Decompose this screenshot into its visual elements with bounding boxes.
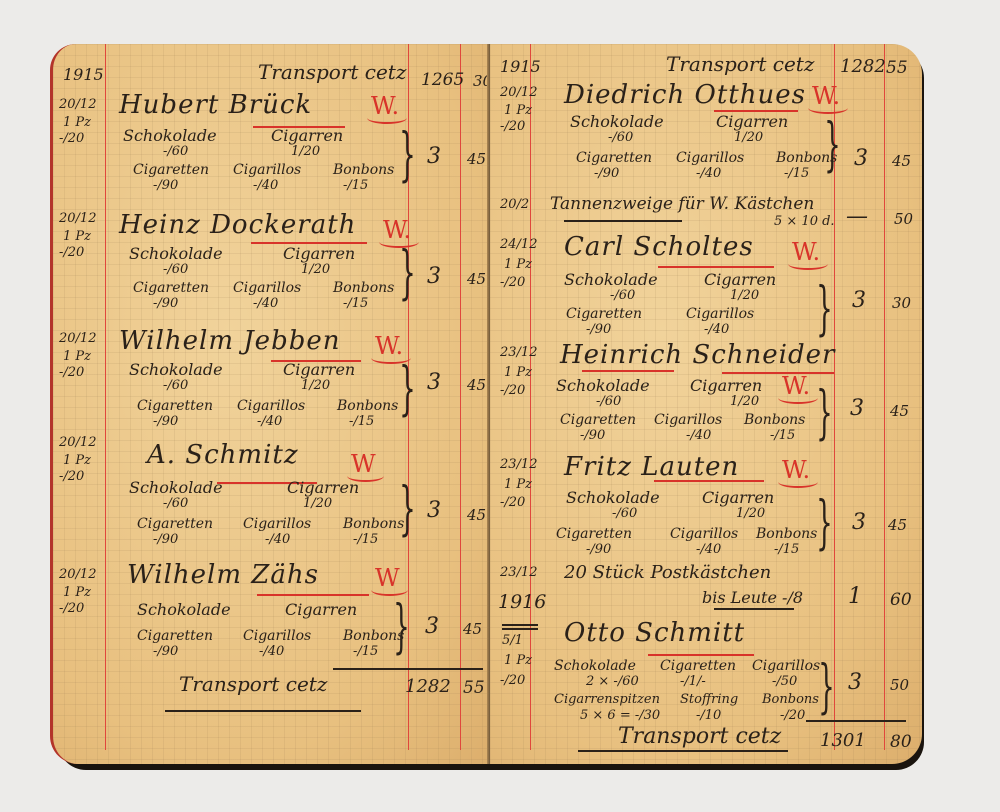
name-underline: [648, 654, 754, 656]
w-mark: W.: [371, 92, 399, 120]
item-price: -/40: [253, 296, 278, 311]
entry-amount: 3: [852, 288, 866, 313]
item-price: -/90: [153, 414, 178, 429]
entry-cents: 45: [467, 270, 486, 288]
carried-forward-label: Transport cetz: [258, 60, 406, 84]
transport-underline: [165, 710, 361, 712]
item-price: -/15: [343, 178, 368, 193]
customer-name: Carl Scholtes: [564, 232, 754, 262]
item-label: Cigarillos: [233, 162, 301, 178]
item-label: Cigaretten: [660, 658, 736, 674]
entry-qty: 1 Pz: [504, 102, 532, 119]
entry-qty: 1 Pz: [63, 114, 91, 131]
text-underline: [714, 608, 794, 610]
item-label: Stoffring: [680, 692, 738, 707]
ledger-page-right: 1915 Transport cetz 1282 55 20/12 1 Pz -…: [490, 44, 922, 764]
carried-forward-label: Transport cetz: [666, 52, 814, 76]
entry-amount: 3: [425, 614, 439, 639]
customer-name: Otto Schmitt: [564, 618, 745, 648]
w-mark: W.: [782, 456, 810, 484]
carried-forward-cents: 55: [886, 58, 908, 78]
item-label: Cigarillos: [752, 658, 820, 674]
year: 1915: [500, 58, 541, 75]
item-label: Bonbons: [343, 516, 404, 532]
item-label: Schokolade: [129, 244, 223, 263]
item-label: Cigaretten: [137, 398, 213, 414]
name-underline: [257, 594, 369, 596]
entry-date: 20/12: [59, 96, 96, 113]
item-price: -/90: [153, 296, 178, 311]
item-label: Bonbons: [762, 692, 819, 707]
item-label: Cigarillos: [654, 412, 722, 428]
transport-amount: 1301: [820, 730, 866, 751]
entry-qty: 1 Pz: [63, 584, 91, 601]
customer-name: Wilhelm Zähs: [127, 560, 319, 590]
item-price: -/60: [163, 378, 188, 393]
item-label: Cigarren: [690, 376, 762, 395]
entry-unit: -/20: [59, 468, 84, 485]
name-underline: [654, 480, 764, 482]
entry-cents: 45: [467, 150, 486, 168]
item-price: 2 × -/60: [586, 674, 639, 689]
customer-name: Wilhelm Jebben: [119, 326, 341, 356]
entry-amount: 3: [852, 510, 866, 535]
entry-text: 20 Stück Postkästchen: [564, 562, 771, 583]
customer-name: Hubert Brück: [119, 90, 312, 120]
item-price: -/40: [696, 166, 721, 181]
entry-date: 20/12: [500, 84, 537, 101]
item-price: 1/20: [301, 378, 330, 393]
item-price: -/1/-: [680, 674, 706, 689]
entry-cents: 45: [467, 506, 486, 524]
item-price: -/90: [153, 178, 178, 193]
brace-icon: }: [399, 354, 416, 422]
item-price: -/40: [686, 428, 711, 443]
item-price: -/90: [153, 644, 178, 659]
sum-line: [806, 720, 906, 722]
w-mark: W.: [792, 238, 820, 266]
entry-amount: —: [846, 204, 868, 229]
entry-date: 20/12: [59, 330, 96, 347]
name-underline: [722, 372, 834, 374]
transport-cents: 55: [463, 678, 485, 698]
item-label: Cigarren: [283, 244, 355, 263]
item-label: Cigarren: [287, 478, 359, 497]
customer-name: Diedrich Otthues: [564, 80, 806, 110]
item-label: Cigarillos: [243, 516, 311, 532]
entry-qty: 1 Pz: [63, 452, 91, 469]
text-underline: [564, 220, 682, 222]
item-price: -/40: [257, 414, 282, 429]
item-label: Cigarren: [283, 360, 355, 379]
year-underline: [502, 624, 538, 626]
cents-rule: [460, 44, 461, 750]
entry-amount: 3: [848, 670, 862, 695]
item-label: Cigaretten: [556, 526, 632, 542]
carried-forward-amount: 1265: [421, 70, 464, 90]
entry-cents: 50: [894, 210, 913, 228]
item-label: Cigaretten: [133, 162, 209, 178]
item-label: Cigarillos: [676, 150, 744, 166]
entry-note: 5 × 10 d.: [774, 214, 835, 229]
name-underline: [582, 370, 674, 372]
item-label: Schokolade: [137, 600, 231, 619]
item-label: Cigarren: [702, 488, 774, 507]
transport-label: Transport cetz: [618, 724, 781, 749]
entry-unit: -/20: [500, 494, 525, 511]
brace-icon: }: [399, 238, 416, 306]
item-price: -/90: [586, 322, 611, 337]
entry-qty: 1 Pz: [504, 256, 532, 273]
item-label: Cigarillos: [686, 306, 754, 322]
item-price: -/90: [594, 166, 619, 181]
item-price: -/15: [774, 542, 799, 557]
entry-cents: 45: [890, 402, 909, 420]
item-price: 5 × 6 = -/30: [580, 708, 660, 723]
year: 1915: [63, 66, 104, 83]
item-price: -/15: [784, 166, 809, 181]
item-price: -/60: [608, 130, 633, 145]
brace-icon: }: [399, 120, 416, 188]
item-price: -/90: [586, 542, 611, 557]
entry-date: 20/12: [59, 434, 96, 451]
entry-amount: 3: [854, 146, 868, 171]
item-price: -/60: [163, 496, 188, 511]
item-label: Schokolade: [556, 376, 650, 395]
entry-note: bis Leute -/8: [702, 588, 803, 607]
margin-rule: [530, 44, 531, 750]
item-label: Cigaretten: [560, 412, 636, 428]
entry-amount: 3: [850, 396, 864, 421]
entry-amount: 1: [848, 584, 862, 609]
entry-date: 23/12: [500, 456, 537, 473]
entry-qty: 1 Pz: [504, 476, 532, 493]
item-label: Schokolade: [129, 360, 223, 379]
item-label: Cigaretten: [137, 516, 213, 532]
item-price: 1/20: [736, 506, 765, 521]
transport-amount: 1282: [405, 676, 451, 697]
transport-cents: 80: [890, 732, 912, 752]
item-price: 1/20: [730, 394, 759, 409]
entry-unit: -/20: [500, 274, 525, 291]
item-price: 1/20: [303, 496, 332, 511]
item-price: -/15: [353, 532, 378, 547]
item-label: Cigarrenspitzen: [554, 692, 660, 707]
entry-unit: -/20: [500, 382, 525, 399]
sum-line: [333, 668, 483, 670]
w-mark: W.: [782, 372, 810, 400]
entry-date: 20/12: [59, 210, 96, 227]
item-label: Schokolade: [123, 126, 217, 145]
item-price: -/15: [770, 428, 795, 443]
item-label: Schokolade: [564, 270, 658, 289]
item-price: -/20: [780, 708, 805, 723]
entry-date: 20/2: [500, 196, 529, 213]
transport-underline: [578, 750, 788, 752]
entry-cents: 45: [888, 516, 907, 534]
entry-cents: 60: [890, 590, 912, 610]
item-price: -/60: [163, 262, 188, 277]
ledger-page-left: 1915 Transport cetz 1265 30 20/12 1 Pz -…: [50, 44, 493, 764]
item-label: Bonbons: [337, 398, 398, 414]
item-label: Schokolade: [570, 112, 664, 131]
item-label: Bonbons: [744, 412, 805, 428]
item-label: Bonbons: [333, 162, 394, 178]
item-label: Cigarillos: [237, 398, 305, 414]
entry-unit: -/20: [59, 244, 84, 261]
year: 1916: [498, 594, 546, 611]
entry-qty: 1 Pz: [504, 364, 532, 381]
entry-date: 23/12: [500, 564, 537, 581]
entry-unit: -/20: [59, 600, 84, 617]
entry-unit: -/20: [500, 672, 525, 689]
item-price: -/10: [696, 708, 721, 723]
customer-name: A. Schmitz: [147, 440, 299, 470]
item-label: Cigarren: [716, 112, 788, 131]
entry-text: Tannenzweige für W. Kästchen: [550, 194, 814, 214]
w-mark: W: [375, 564, 400, 592]
entry-cents: 30: [892, 294, 911, 312]
year-underline: [502, 628, 538, 630]
item-price: -/90: [153, 532, 178, 547]
item-label: Schokolade: [566, 488, 660, 507]
item-label: Cigarren: [271, 126, 343, 145]
brace-icon: }: [818, 652, 835, 720]
item-price: -/60: [610, 288, 635, 303]
entry-date: 24/12: [500, 236, 537, 253]
item-price: -/60: [612, 506, 637, 521]
item-price: -/15: [353, 644, 378, 659]
item-label: Cigaretten: [137, 628, 213, 644]
item-price: -/40: [696, 542, 721, 557]
item-price: 1/20: [291, 144, 320, 159]
item-label: Cigarren: [285, 600, 357, 619]
margin-rule: [105, 44, 106, 750]
item-price: -/90: [580, 428, 605, 443]
customer-name: Heinz Dockerath: [119, 210, 356, 240]
w-mark: W.: [812, 82, 840, 110]
entry-qty: 1 Pz: [63, 228, 91, 245]
item-label: Cigaretten: [576, 150, 652, 166]
entry-cents: 45: [892, 152, 911, 170]
entry-qty: 1 Pz: [504, 652, 532, 669]
w-mark: W: [351, 450, 376, 478]
item-label: Cigaretten: [566, 306, 642, 322]
customer-name: Fritz Lauten: [564, 452, 739, 482]
item-price: -/40: [704, 322, 729, 337]
item-price: 1/20: [730, 288, 759, 303]
item-label: Cigarillos: [243, 628, 311, 644]
item-price: -/15: [349, 414, 374, 429]
item-price: 1/20: [301, 262, 330, 277]
entry-amount: 3: [427, 144, 441, 169]
item-label: Bonbons: [333, 280, 394, 296]
item-label: Cigarillos: [670, 526, 738, 542]
brace-icon: }: [816, 274, 833, 342]
item-price: -/60: [596, 394, 621, 409]
item-price: -/40: [259, 644, 284, 659]
transport-label: Transport cetz: [179, 672, 327, 696]
carried-forward-amount: 1282: [840, 56, 886, 77]
entry-amount: 3: [427, 498, 441, 523]
item-label: Schokolade: [129, 478, 223, 497]
item-label: Cigarren: [704, 270, 776, 289]
brace-icon: }: [393, 592, 410, 660]
item-price: -/50: [772, 674, 797, 689]
customer-name: Heinrich Schneider: [560, 340, 835, 370]
name-underline: [658, 266, 774, 268]
item-price: -/40: [265, 532, 290, 547]
brace-icon: }: [399, 474, 416, 542]
entry-unit: -/20: [59, 364, 84, 381]
item-label: Cigarillos: [233, 280, 301, 296]
entry-date: 5/1: [502, 632, 523, 649]
item-price: -/40: [253, 178, 278, 193]
brace-icon: }: [824, 110, 841, 178]
entry-date: 20/12: [59, 566, 96, 583]
item-price: -/60: [163, 144, 188, 159]
cents-rule: [884, 44, 885, 750]
entry-date: 23/12: [500, 344, 537, 361]
entry-cents: 50: [890, 676, 909, 694]
entry-cents: 45: [463, 620, 482, 638]
entry-amount: 3: [427, 370, 441, 395]
brace-icon: }: [816, 378, 833, 446]
brace-icon: }: [816, 488, 833, 556]
entry-unit: -/20: [500, 118, 525, 135]
entry-qty: 1 Pz: [63, 348, 91, 365]
entry-amount: 3: [427, 264, 441, 289]
item-price: -/15: [343, 296, 368, 311]
entry-cents: 45: [467, 376, 486, 394]
item-label: Bonbons: [756, 526, 817, 542]
entry-unit: -/20: [59, 130, 84, 147]
item-label: Schokolade: [554, 658, 636, 674]
item-price: 1/20: [734, 130, 763, 145]
item-label: Cigaretten: [133, 280, 209, 296]
